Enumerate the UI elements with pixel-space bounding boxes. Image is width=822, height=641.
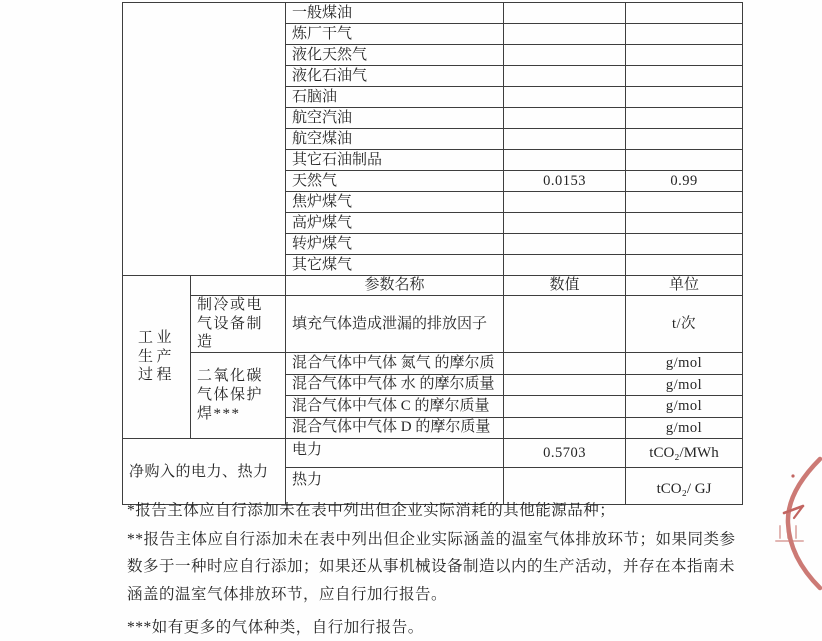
param-unit-cell: g/mol: [626, 417, 743, 439]
param-value-cell: [504, 353, 626, 375]
param-unit-cell: t/次: [626, 295, 743, 352]
fuel-name-cell: 石脑油: [286, 87, 504, 108]
fuel-name-cell: 天然气: [286, 171, 504, 192]
fuel-value-cell: [504, 108, 626, 129]
param-value-cell: [504, 374, 626, 396]
fuel-value-cell: [504, 255, 626, 276]
empty-subcategory-cell: [191, 276, 286, 296]
fuel-name-cell: 一般煤油: [286, 3, 504, 24]
fuel-value-cell: [504, 150, 626, 171]
subcategory-refrigeration: 制冷或电气设备制造: [191, 295, 286, 352]
fuel-unit-cell: [626, 3, 743, 24]
emission-report-table: 一般煤油 炼厂干气 液化天然气 液化石油气 石脑油: [122, 2, 743, 505]
param-unit-cell: g/mol: [626, 374, 743, 396]
table-row: 一般煤油: [123, 3, 743, 24]
footnotes-block: *报告主体应自行添加未在表中列出但企业实际消耗的其他能源品种； **报告主体应自…: [127, 497, 739, 641]
fuel-name-cell: 其它石油制品: [286, 150, 504, 171]
fuel-value-cell: [504, 129, 626, 150]
param-name-cell: 混合气体中气体 水 的摩尔质量: [286, 374, 504, 396]
footnote-three-star: ***如有更多的气体种类，自行加行报告。: [127, 614, 739, 641]
fuel-value-cell: [504, 3, 626, 24]
fuel-unit-cell: [626, 45, 743, 66]
fuel-name-cell: 炼厂干气: [286, 24, 504, 45]
fuel-name-cell: 航空汽油: [286, 108, 504, 129]
fuel-unit-cell: [626, 129, 743, 150]
table-row-electricity: 净购入的电力、热力 电力 0.5703 tCO₂/MWh: [123, 439, 743, 468]
fuel-unit-cell: [626, 234, 743, 255]
fuel-name-cell: 高炉煤气: [286, 213, 504, 234]
fuel-name-cell: 航空煤油: [286, 129, 504, 150]
fuel-unit-cell: [626, 87, 743, 108]
fuel-value-cell: [504, 213, 626, 234]
param-name-header: 参数名称: [286, 276, 504, 296]
param-unit-header: 单位: [626, 276, 743, 296]
category-purchased-power: 净购入的电力、热力: [123, 439, 286, 505]
param-name-cell: 混合气体中气体 氮气 的摩尔质: [286, 353, 504, 375]
fuel-name-cell: 液化石油气: [286, 66, 504, 87]
fuel-unit-cell: [626, 66, 743, 87]
stamp-blurred-glyph: [776, 523, 803, 541]
footnote-one-star: *报告主体应自行添加未在表中列出但企业实际消耗的其他能源品种；: [127, 497, 739, 525]
param-name-cell: 电力: [286, 439, 504, 468]
fuel-value-cell: [504, 45, 626, 66]
footnote-two-star: **报告主体应自行添加未在表中列出但企业实际涵盖的温室气体排放环节；如果同类参数…: [127, 526, 739, 609]
param-value-cell: [504, 295, 626, 352]
param-unit-cell: g/mol: [626, 353, 743, 375]
param-name-cell: 混合气体中气体 D 的摩尔质量: [286, 417, 504, 439]
fuel-name-cell: 焦炉煤气: [286, 192, 504, 213]
param-value-header: 数值: [504, 276, 626, 296]
category-industrial-process: 工业生产过程: [123, 276, 191, 439]
param-name-cell: 填充气体造成泄漏的排放因子: [286, 295, 504, 352]
param-unit-cell: tCO₂/MWh: [626, 439, 743, 468]
fuel-name-cell: 其它煤气: [286, 255, 504, 276]
fuel-name-cell: 液化天然气: [286, 45, 504, 66]
parameter-header-row: 工业生产过程 参数名称 数值 单位: [123, 276, 743, 296]
fuel-value-cell: [504, 234, 626, 255]
fuel-unit-cell: 0.99: [626, 171, 743, 192]
param-value-cell: [504, 417, 626, 439]
param-name-cell: 混合气体中气体 C 的摩尔质量: [286, 396, 504, 418]
param-unit-cell: g/mol: [626, 396, 743, 418]
fuel-value-cell: 0.0153: [504, 171, 626, 192]
fuel-value-cell: [504, 192, 626, 213]
subcategory-co2-welding: 二氧化碳气体保护焊***: [191, 353, 286, 439]
fuel-name-cell: 转炉煤气: [286, 234, 504, 255]
fuel-unit-cell: [626, 24, 743, 45]
fuel-unit-cell: [626, 255, 743, 276]
table-row-mixgas: 二氧化碳气体保护焊*** 混合气体中气体 氮气 的摩尔质 g/mol: [123, 353, 743, 375]
param-value-cell: [504, 396, 626, 418]
document-page: 一般煤油 炼厂干气 液化天然气 液化石油气 石脑油: [0, 0, 822, 641]
fuel-unit-cell: [626, 150, 743, 171]
empty-fuel-category-cell: [123, 3, 286, 276]
param-value-cell: 0.5703: [504, 439, 626, 468]
red-seal-stamp: [770, 450, 822, 595]
fuel-unit-cell: [626, 108, 743, 129]
fuel-value-cell: [504, 24, 626, 45]
fuel-value-cell: [504, 87, 626, 108]
fuel-unit-cell: [626, 192, 743, 213]
table-row-refrigeration: 制冷或电气设备制造 填充气体造成泄漏的排放因子 t/次: [123, 295, 743, 352]
fuel-value-cell: [504, 66, 626, 87]
fuel-unit-cell: [626, 213, 743, 234]
